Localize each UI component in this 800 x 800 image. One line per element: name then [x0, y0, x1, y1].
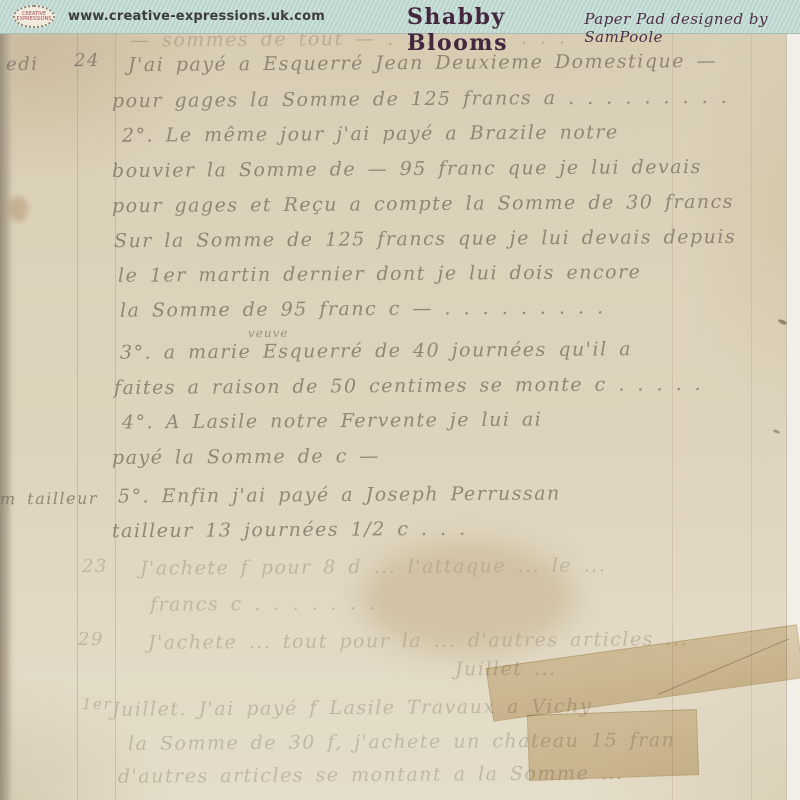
- handwriting-line: 5°. Enfin j'ai payé a Joseph Perrussan: [118, 482, 561, 507]
- handwriting-line: Sur la Somme de 125 francs que je lui de…: [114, 226, 736, 252]
- ledger-rule-line: [77, 33, 78, 800]
- margin-note: edi: [6, 54, 39, 75]
- paper-left-edge-shadow: [0, 33, 16, 800]
- tape-strip: [527, 709, 699, 781]
- handwriting-line: 2°. Le même jour j'ai payé a Brazile not…: [122, 121, 619, 146]
- handwriting-line: 3°. a marie Esquerré de 40 journées qu'i…: [120, 338, 632, 364]
- handwriting-line: tailleur 13 journées 1/2 c . . .: [112, 518, 467, 542]
- handwriting-line: pour gages et Reçu a compte la Somme de …: [112, 191, 734, 217]
- small-stain: [8, 196, 28, 222]
- ledger-rule-line: [115, 33, 116, 800]
- handwriting-line: francs c . . . . . . .: [150, 592, 376, 616]
- paper-pad-product-image: — sommes de tout — . . . . . . . . . . e…: [0, 0, 800, 800]
- margin-note: m tailleur: [0, 489, 98, 509]
- handwriting-line: la Somme de 95 franc c — . . . . . . . .…: [120, 296, 605, 321]
- handwriting-line: J'achete f pour 8 d ... l'attaque ... le…: [140, 554, 606, 579]
- handwriting-line: faites a raison de 50 centimes se monte …: [114, 373, 702, 399]
- handwriting-line: bouvier la Somme de — 95 franc que je lu…: [112, 156, 702, 182]
- margin-note: 29: [78, 629, 104, 650]
- handwriting-line: 4°. A Lasile notre Fervente je lui ai: [122, 409, 543, 434]
- logo-text-line2: EXPRESSIONS: [17, 17, 52, 22]
- creative-expressions-logo: CREATIVE EXPRESSIONS: [13, 5, 55, 28]
- product-brand: Shabby Blooms Paper Pad designed by SamP…: [407, 0, 800, 33]
- product-title: Shabby Blooms: [407, 4, 575, 56]
- dark-speck: [773, 429, 781, 434]
- handwriting-line: payé la Somme de c —: [112, 445, 380, 469]
- product-subtitle: Paper Pad designed by SamPoole: [584, 10, 800, 46]
- handwriting-line: le 1er martin dernier dont je lui dois e…: [118, 261, 642, 287]
- margin-note: 23: [82, 556, 108, 577]
- handwriting-line: pour gages la Somme de 125 francs a . . …: [112, 86, 728, 112]
- margin-note: 1er: [82, 695, 112, 713]
- website-url: www.creative-expressions.uk.com: [68, 0, 325, 33]
- inserted-word: veuve: [248, 326, 289, 340]
- margin-note: 24: [74, 50, 100, 71]
- header-bar: CREATIVE EXPRESSIONS www.creative-expres…: [0, 0, 800, 34]
- paper-right-edge: [786, 33, 800, 800]
